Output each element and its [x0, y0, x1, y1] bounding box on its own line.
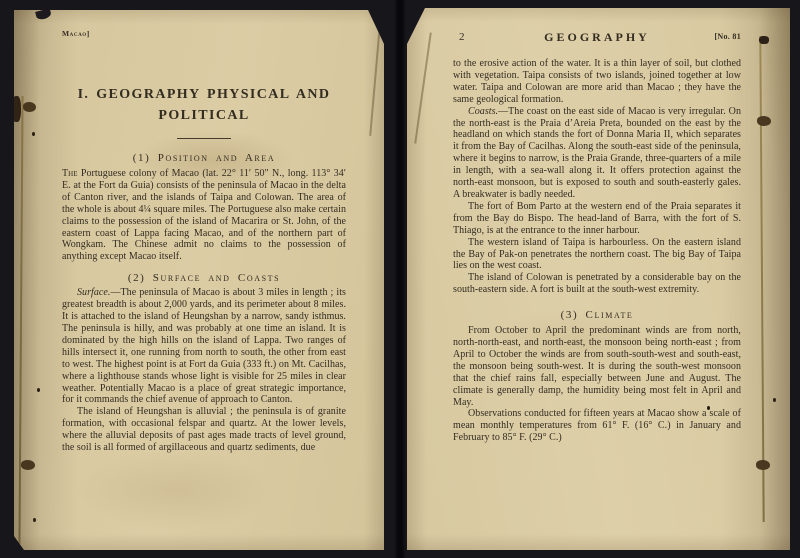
corner-crease — [414, 32, 431, 143]
binding-thread — [18, 96, 23, 544]
stitch-hole — [37, 388, 40, 392]
body-paragraph: The fort of Bom Parto at the western end… — [453, 201, 741, 237]
edge-damage-blob — [12, 96, 21, 122]
stitch-hole — [32, 132, 35, 136]
binding-thread — [759, 36, 764, 522]
edge-damage-blob — [35, 8, 52, 20]
chapter-title-line2: POLITICAL — [62, 105, 346, 126]
body-paragraph: Surface.—The peninsula of Macao is about… — [62, 287, 346, 406]
paragraph-lead: The — [62, 168, 78, 179]
paragraph-lead: Coasts. — [468, 106, 498, 117]
body-paragraph: Coasts.—The coast on the east side of Ma… — [453, 106, 741, 201]
body-paragraph: The island of Heungshan is alluvial ; th… — [62, 406, 346, 454]
stitch-knot — [21, 460, 35, 470]
stitch-knot — [756, 460, 770, 470]
book-spread-photo: Macao] I. GEOGRAPHY PHYSICAL AND POLITIC… — [0, 0, 800, 558]
paragraph-text: —The peninsula of Macao is about 3 miles… — [62, 287, 346, 405]
stitch-hole — [33, 518, 36, 522]
chapter-title-line1: I. GEOGRAPHY PHYSICAL AND — [62, 84, 346, 105]
body-paragraph: to the erosive action of the water. It i… — [453, 58, 741, 106]
corner-crease — [369, 26, 380, 136]
section-heading-3: (3) Climate — [453, 309, 741, 321]
body-paragraph: The Portuguese colony of Macao (lat. 22°… — [62, 168, 346, 263]
stitch-hole — [773, 398, 776, 402]
body-paragraph: The island of Colowan is penetrated by a… — [453, 272, 741, 296]
right-text-column: to the erosive action of the water. It i… — [453, 8, 741, 444]
edge-damage-blob — [759, 36, 769, 44]
section-heading-2: (2) Surface and Coasts — [62, 272, 346, 284]
left-page-scan: Macao] I. GEOGRAPHY PHYSICAL AND POLITIC… — [14, 10, 384, 550]
paper-stain — [74, 450, 274, 530]
title-rule — [177, 138, 231, 139]
chapter-title: I. GEOGRAPHY PHYSICAL AND POLITICAL — [62, 84, 346, 126]
paragraph-text: —The coast on the east side of Macao is … — [453, 106, 741, 200]
section-heading-1: (1) Position and Area — [62, 152, 346, 164]
gutter-seam — [394, 0, 406, 558]
stitch-knot — [757, 116, 771, 126]
body-paragraph: The western island of Taipa is harbourle… — [453, 237, 741, 273]
stitch-knot — [23, 102, 36, 112]
right-page-scan: 2 GEOGRAPHY [No. 81 to the erosive actio… — [407, 8, 790, 550]
paragraph-text: Portuguese colony of Macao (lat. 22° 11′… — [62, 168, 346, 262]
paragraph-lead: Surface. — [77, 287, 110, 298]
body-paragraph: From October to April the predominant wi… — [453, 325, 741, 408]
body-paragraph: Observations conducted for fifteen years… — [453, 408, 741, 444]
left-text-column: I. GEOGRAPHY PHYSICAL AND POLITICAL (1) … — [62, 10, 346, 454]
